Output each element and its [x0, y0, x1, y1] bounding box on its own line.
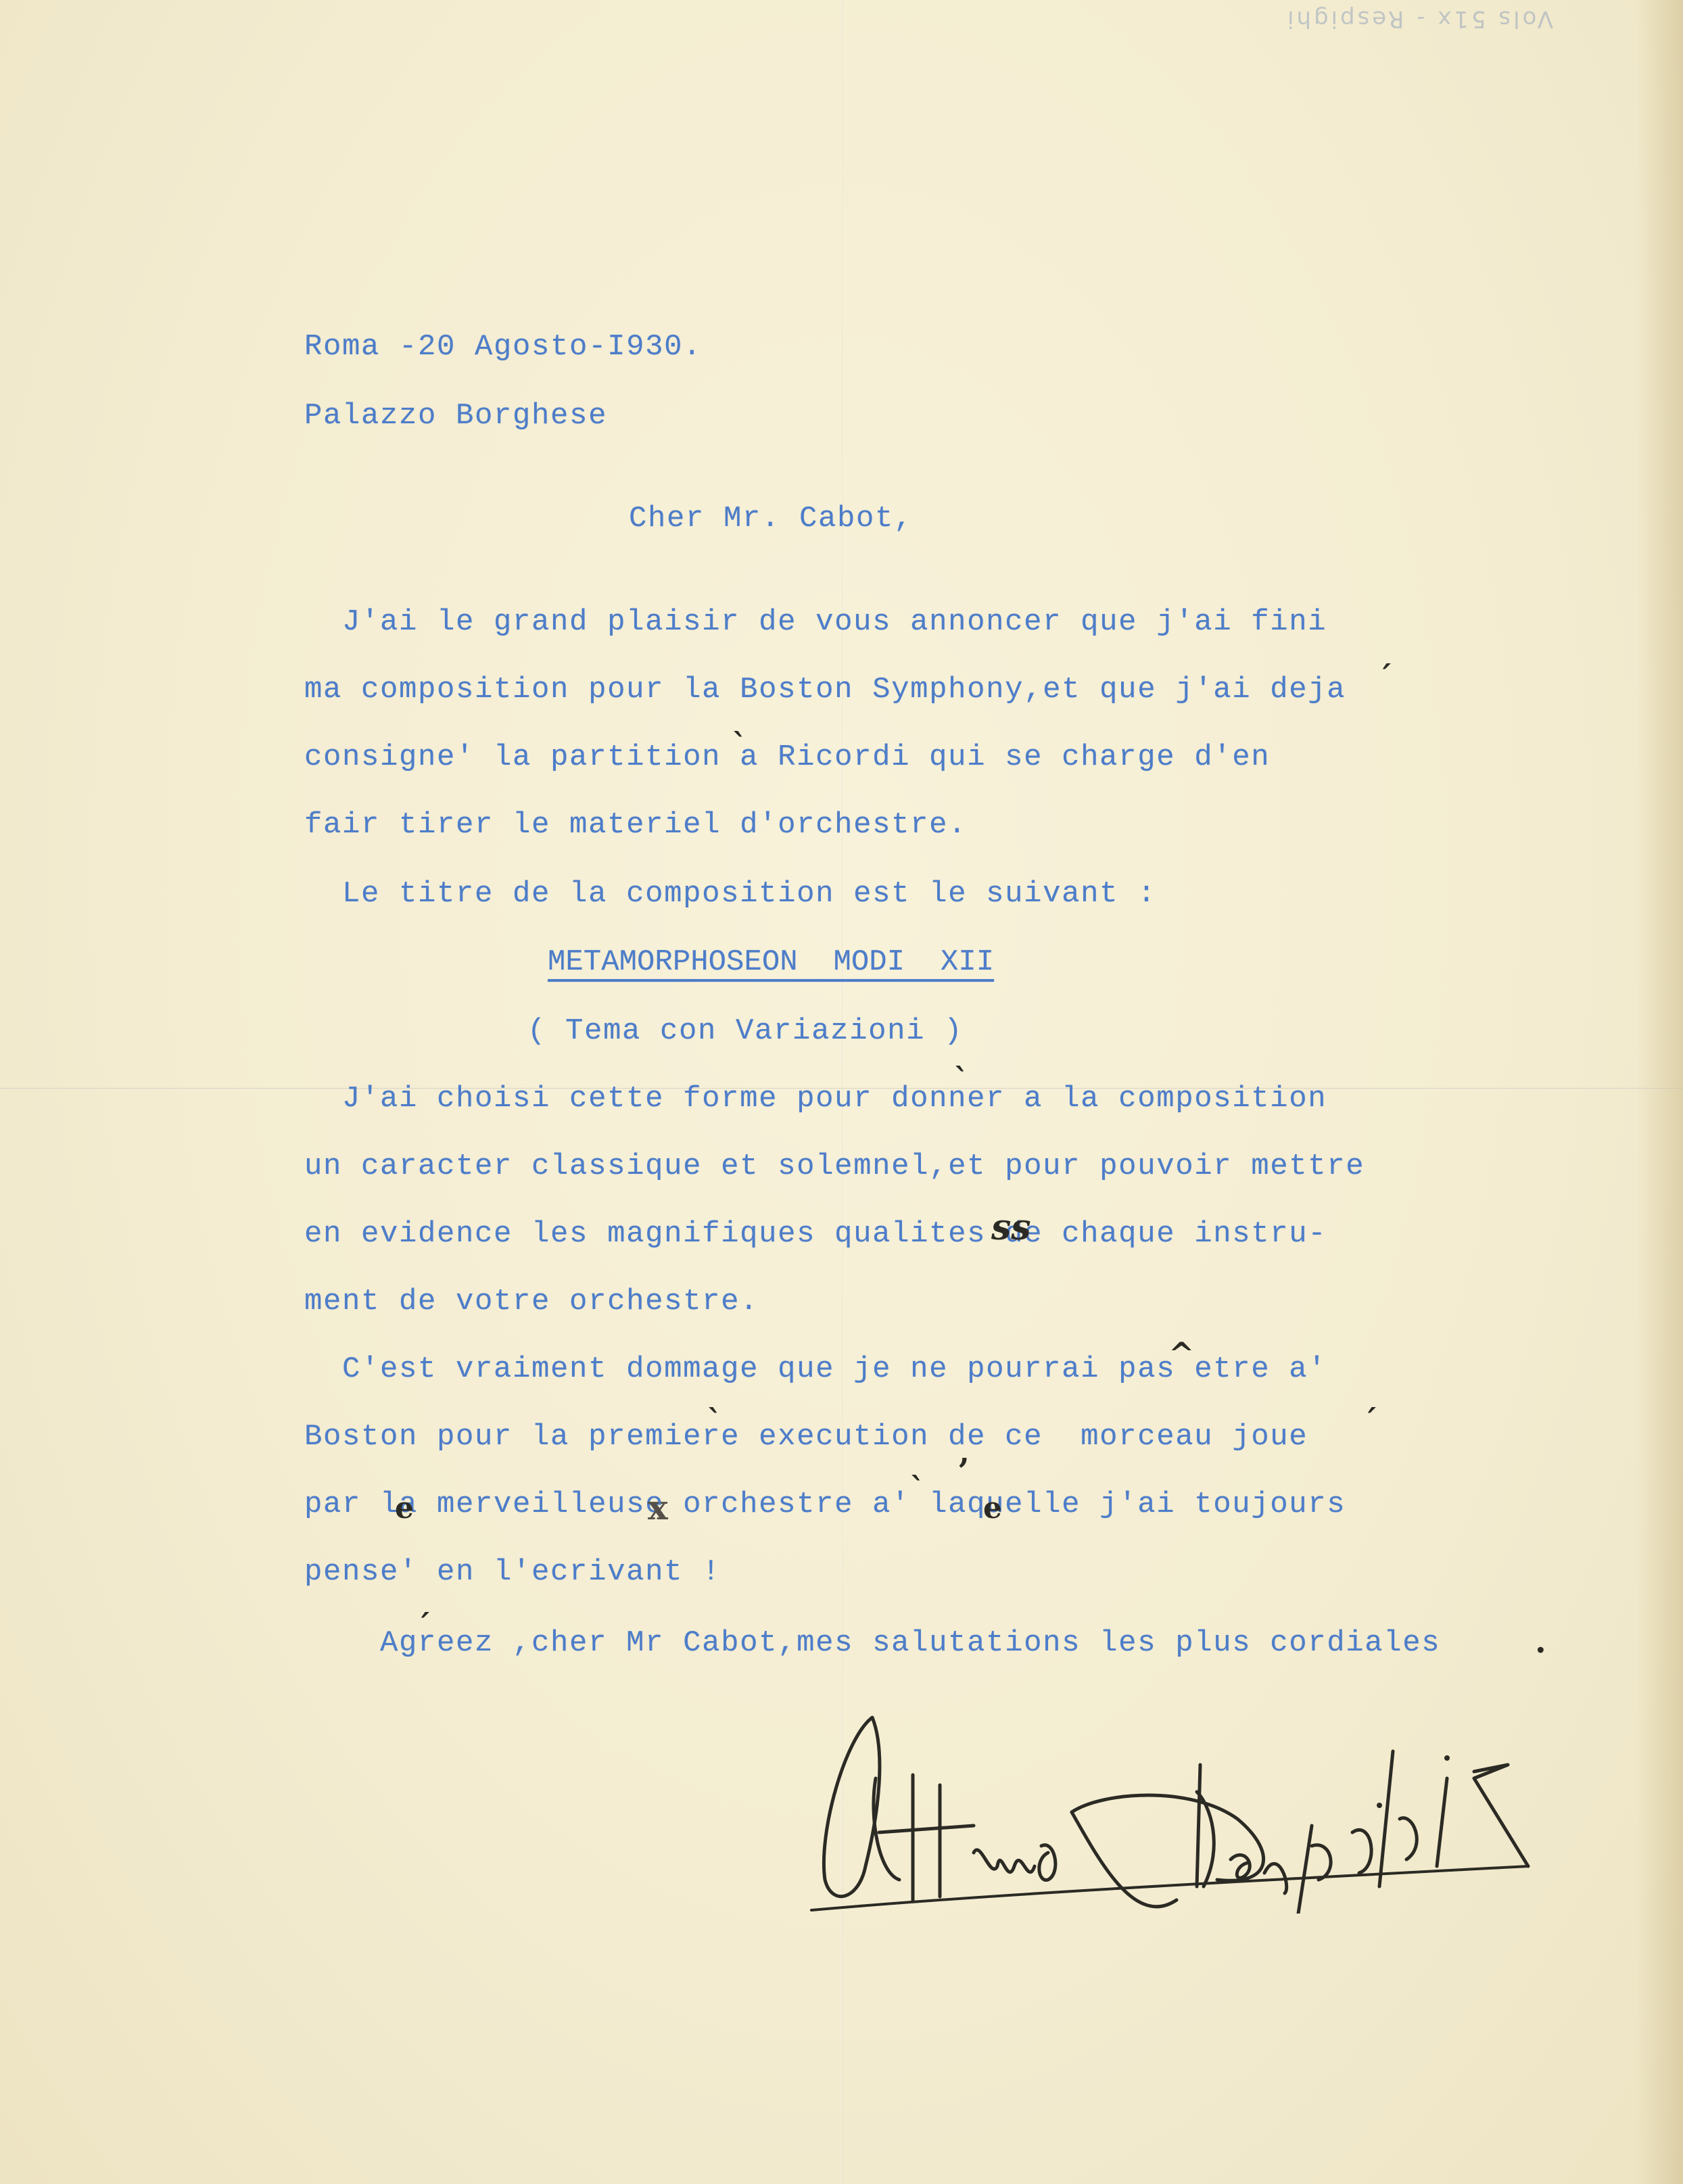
body-line: J'ai choisi cette forme pour donner a la… — [304, 1082, 1327, 1116]
body-line: consigne' la partition a Ricordi qui se … — [304, 740, 1270, 774]
pen-correction-e: e — [983, 1491, 1002, 1525]
pen-correction-ss: ss — [991, 1207, 1031, 1248]
pen-accent-mark: ` — [732, 727, 747, 763]
place-date: Roma -20 Agosto-I930. — [304, 330, 702, 364]
pen-accent-mark: ` — [707, 1403, 722, 1440]
body-line: ma composition pour la Boston Symphony,e… — [304, 673, 1346, 707]
archive-pencil-note: Vols 51x - Respighi — [1285, 5, 1553, 32]
body-line: J'ai le grand plaisir de vous annoncer q… — [304, 605, 1327, 639]
salutation: Cher Mr. Cabot, — [629, 502, 913, 536]
pen-accent-mark: ` — [953, 1062, 969, 1098]
pen-accent-mark: ´ — [1362, 1403, 1378, 1440]
body-line: fair tirer le materiel d'orchestre. — [304, 808, 967, 842]
signature: Ottorino Respighi — [798, 1711, 1630, 1914]
body-line: pense' en l'ecrivant ! — [304, 1555, 721, 1589]
pen-comma-mark: , — [959, 1433, 970, 1470]
body-line: en evidence les magnifiques qualites de … — [304, 1217, 1327, 1251]
body-line: ment de votre orchestre. — [304, 1285, 759, 1319]
closing-period-mark: . — [1535, 1623, 1546, 1661]
address: Palazzo Borghese — [304, 399, 607, 433]
pen-accent-mark: ´ — [416, 1608, 431, 1644]
body-line: Boston pour la premiere execution de ce … — [304, 1420, 1308, 1454]
body-line: Le titre de la composition est le suivan… — [304, 877, 1156, 911]
closing-line: Agreez ,cher Mr Cabot,mes salutations le… — [304, 1626, 1440, 1660]
letter-page: Vols 51x - Respighi Roma -20 Agosto-I930… — [0, 0, 1683, 2184]
composition-title: METAMORPHOSEON MODI XII — [548, 945, 994, 979]
body-line: par la merveilleuse orchestre a' laquell… — [304, 1488, 1346, 1521]
pen-strike-x: x — [648, 1488, 668, 1527]
pen-accent-mark: ` — [909, 1471, 925, 1507]
composition-subtitle: ( Tema con Variazioni ) — [527, 1014, 963, 1048]
body-line: un caracter classique et solemnel,et pou… — [304, 1149, 1365, 1183]
pen-correction-e: e — [395, 1491, 414, 1525]
pen-accent-mark: ´ — [1377, 659, 1393, 696]
pen-circumflex-mark: ^ — [1168, 1335, 1195, 1372]
